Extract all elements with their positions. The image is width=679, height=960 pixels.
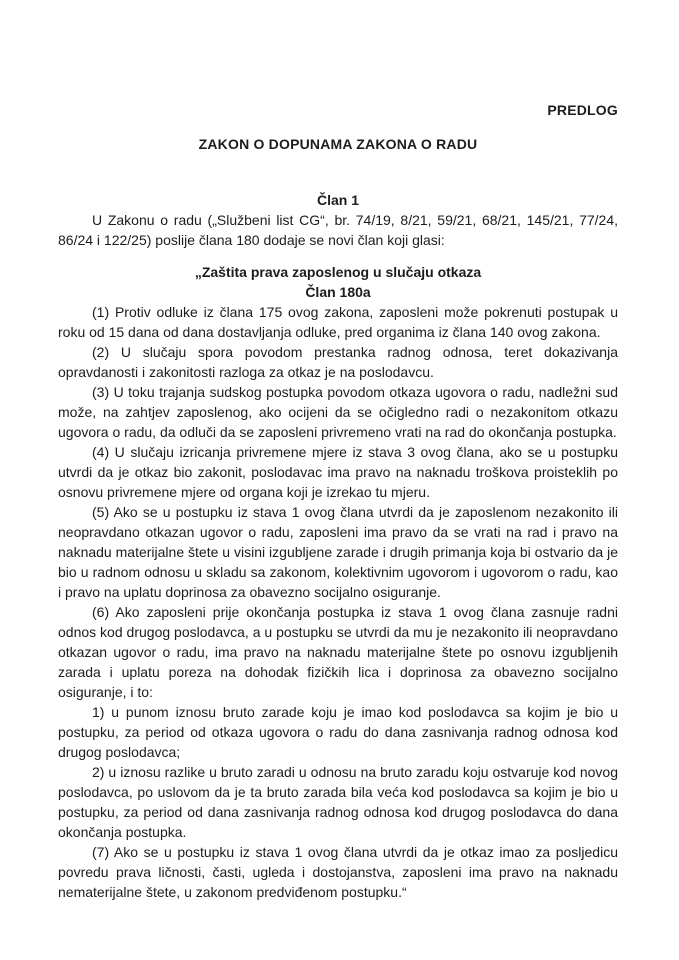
article-180a-heading: Član 180a xyxy=(58,282,618,302)
document-title: ZAKON O DOPUNAMA ZAKONA O RADU xyxy=(58,134,618,154)
legal-paragraph-4: (4) U slučaju izricanja privremene mjere… xyxy=(58,442,618,502)
section-title: „Zaštita prava zaposlenog u slučaju otka… xyxy=(58,262,618,282)
legal-paragraph-6: (6) Ako zaposleni prije okončanja postup… xyxy=(58,602,618,702)
legal-paragraph-5: (5) Ako se u postupku iz stava 1 ovog čl… xyxy=(58,502,618,602)
article-1-heading: Član 1 xyxy=(58,190,618,210)
article-1-intro: U Zakonu o radu („Službeni list CG“, br.… xyxy=(58,210,618,250)
legal-paragraph-3: (3) U toku trajanja sudskog postupka pov… xyxy=(58,382,618,442)
legal-paragraph-1: (1) Protiv odluke iz člana 175 ovog zako… xyxy=(58,302,618,342)
legal-paragraph-2: (2) U slučaju spora povodom prestanka ra… xyxy=(58,342,618,382)
legal-paragraph-7: (7) Ako se u postupku iz stava 1 ovog čl… xyxy=(58,842,618,902)
article-180a-body: (1) Protiv odluke iz člana 175 ovog zako… xyxy=(58,302,618,902)
legal-item-1: 1) u punom iznosu bruto zarade koju je i… xyxy=(58,702,618,762)
document-page: PREDLOG ZAKON O DOPUNAMA ZAKONA O RADU Č… xyxy=(0,0,679,960)
legal-item-2: 2) u iznosu razlike u bruto zaradi u odn… xyxy=(58,762,618,842)
document-kicker: PREDLOG xyxy=(58,100,618,120)
